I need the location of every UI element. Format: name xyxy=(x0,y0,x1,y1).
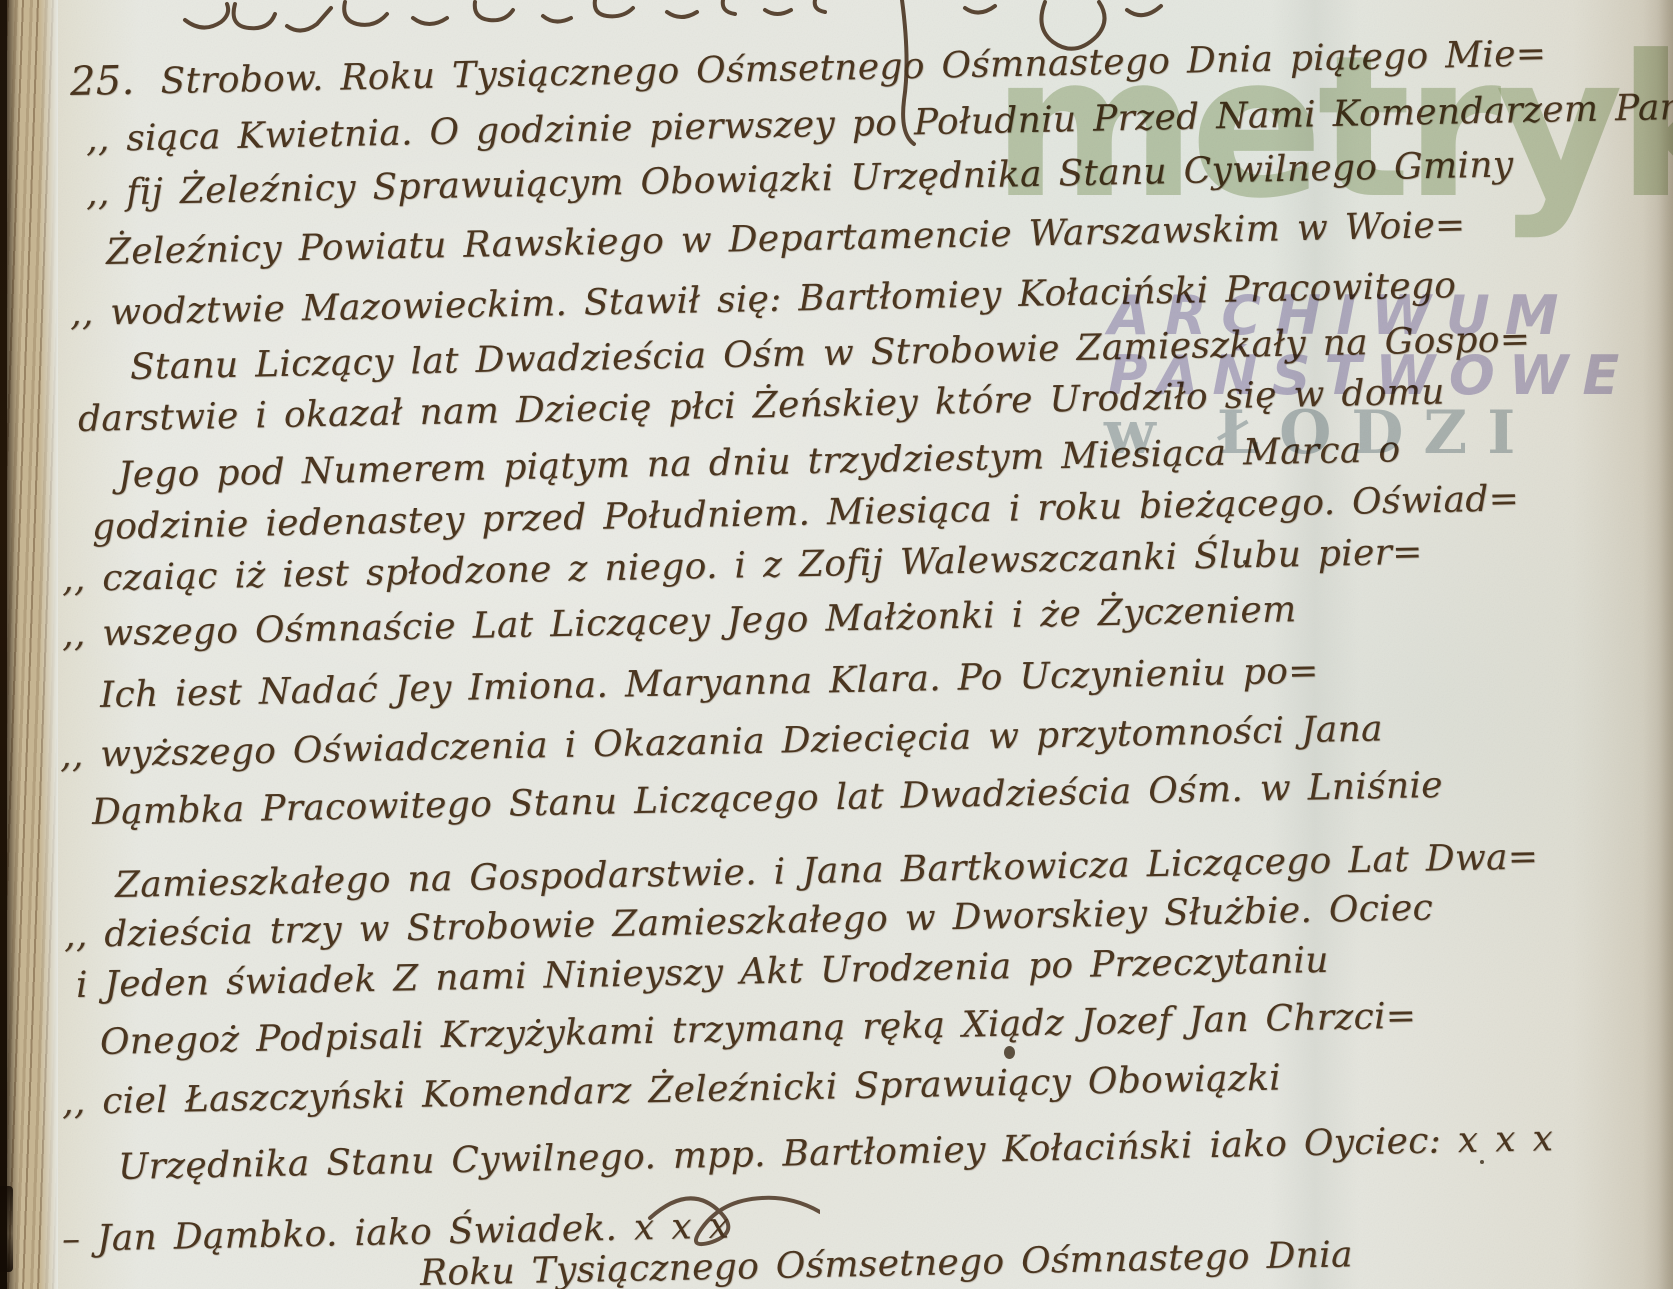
manuscript-page-scan: 25.Strobow. Roku Tysiącznego Ośmsetnego … xyxy=(0,0,1673,1289)
manuscript-line: ,, wyższego Oświadczenia i Okazania Dzie… xyxy=(60,711,1384,774)
book-binding-gutter xyxy=(0,0,58,1289)
manuscript-line: Żeleźnicy Powiatu Rawskiego w Departamen… xyxy=(106,208,1466,271)
page-curvature-shading xyxy=(1270,0,1360,1289)
binding-bottom-mark xyxy=(0,1186,13,1272)
manuscript-line: ,, ciel Łaszczyński Komendarz Żeleźnicki… xyxy=(62,1061,1282,1121)
manuscript-line: ,, wodztwie Mazowieckim. Stawił się: Bar… xyxy=(70,268,1457,332)
record-number: 25. xyxy=(70,58,135,105)
book-binding-dark-edge xyxy=(0,0,7,1289)
manuscript-line: i Jeden świadek Z nami Ninieyszy Akt Uro… xyxy=(76,943,1329,1004)
ink-speck xyxy=(582,470,586,474)
ink-blot xyxy=(1004,1046,1015,1059)
ink-speck xyxy=(1243,560,1247,564)
page-right-edge-shadow xyxy=(1643,0,1673,1289)
manuscript-line: Onegoż Podpisali Krzyżykami trzymaną ręk… xyxy=(100,999,1417,1061)
manuscript-line: Ich iest Nadać Jey Imiona. Maryanna Klar… xyxy=(100,654,1319,714)
ink-speck xyxy=(396,1100,401,1105)
ink-speck xyxy=(1480,1160,1484,1164)
manuscript-line: Dąmbka Pracowitego Stanu Liczącego lat D… xyxy=(92,768,1443,831)
manuscript-line: ,, wszego Ośmnaście Lat Liczącey Jego Ma… xyxy=(62,592,1297,653)
